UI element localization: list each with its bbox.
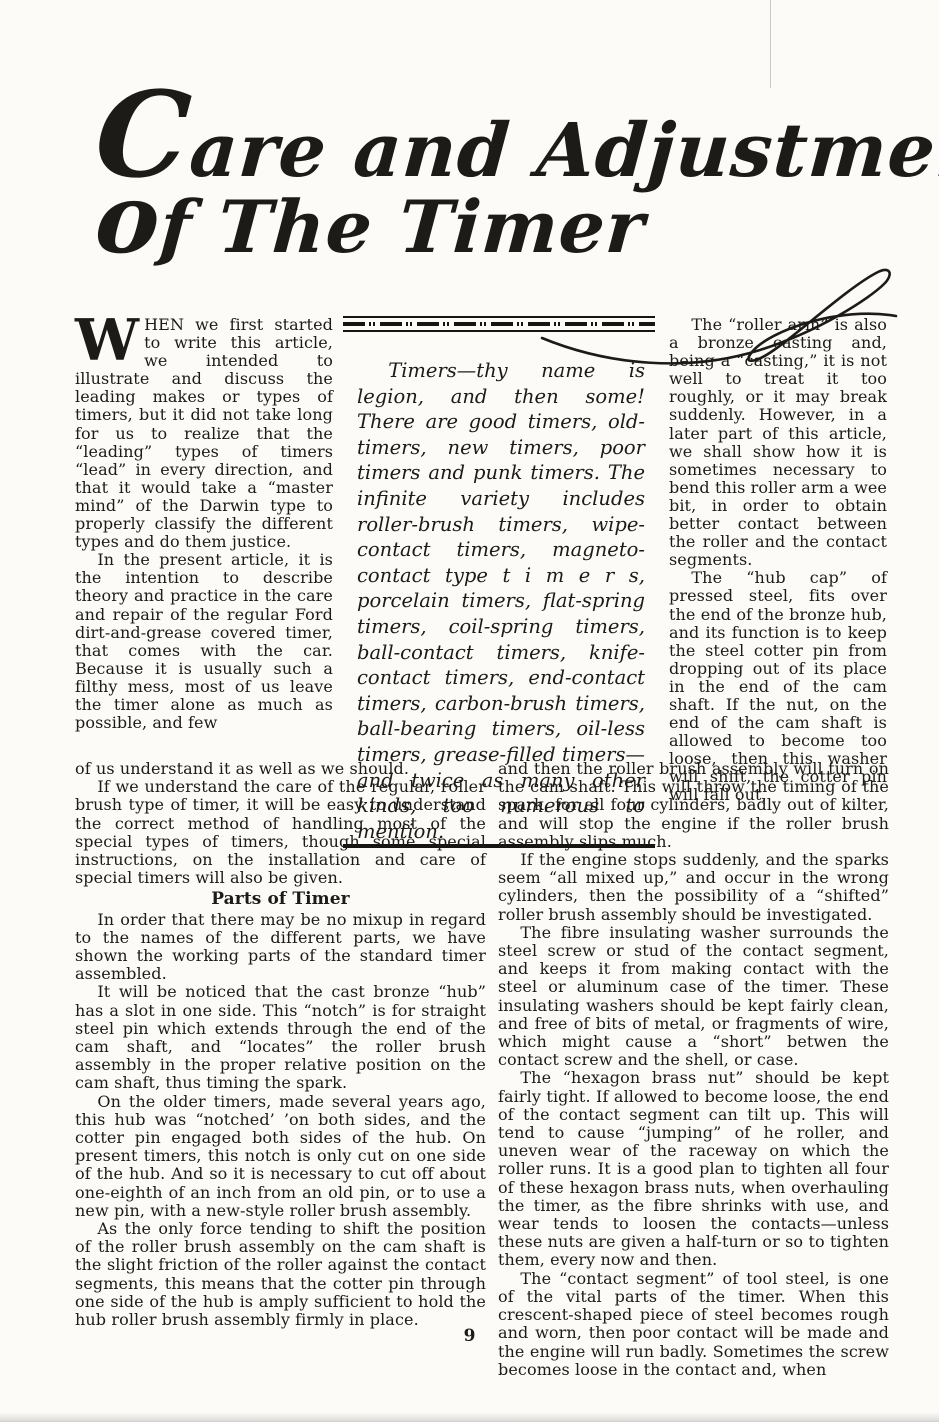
bottom-left-column: of us understand it as well as we should… [75, 760, 486, 1379]
scan-artifact-line [770, 0, 771, 88]
bottom-right-column: and then the roller brush assembly will … [498, 760, 889, 1379]
top-columns: WHEN we first started to write this arti… [75, 316, 887, 760]
paragraph: If we understand the care of the regular… [75, 778, 486, 887]
paragraph: As the only force tending to shift the p… [75, 1220, 486, 1329]
paragraph: It will be noticed that the cast bronze … [75, 983, 486, 1092]
paragraph-continuation: and then the roller brush assembly will … [498, 760, 889, 851]
section-heading: Parts of Timer [75, 890, 486, 908]
paragraph: The “roller arm” is also a bronze castin… [669, 316, 887, 569]
ornament-top-rule [343, 316, 655, 332]
magazine-page: Care and Adjustment of The Timer WHEN we… [0, 0, 939, 1422]
paragraph: In order that there may be no mixup in r… [75, 911, 486, 984]
paragraph: In the present article, it is the intent… [75, 551, 333, 732]
column-left: WHEN we first started to write this arti… [75, 316, 333, 760]
paragraph: WHEN we first started to write this arti… [75, 316, 333, 551]
bottom-columns: of us understand it as well as we should… [75, 760, 889, 1379]
paragraph: The “contact segment” of tool steel, is … [498, 1270, 889, 1379]
paragraph: On the older timers, made several years … [75, 1093, 486, 1220]
paragraph: The “hexagon brass nut” should be kept f… [498, 1069, 889, 1269]
column-right: The “roller arm” is also a bronze castin… [669, 316, 887, 760]
page-title-line1: Care and Adjustment [92, 108, 888, 194]
paragraph-continuation: of us understand it as well as we should… [75, 760, 486, 778]
bottom-edge-shadow [0, 1412, 939, 1422]
column-middle: Timers—thy name is legion, and then some… [343, 316, 655, 760]
paragraph: If the engine stops suddenly, and the sp… [498, 851, 889, 924]
page-title-line2: of The Timer [57, 184, 683, 269]
dropcap-letter: W [75, 316, 144, 364]
paragraph: The fibre insulating washer surrounds th… [498, 924, 889, 1070]
page-number: 9 [0, 1326, 939, 1346]
